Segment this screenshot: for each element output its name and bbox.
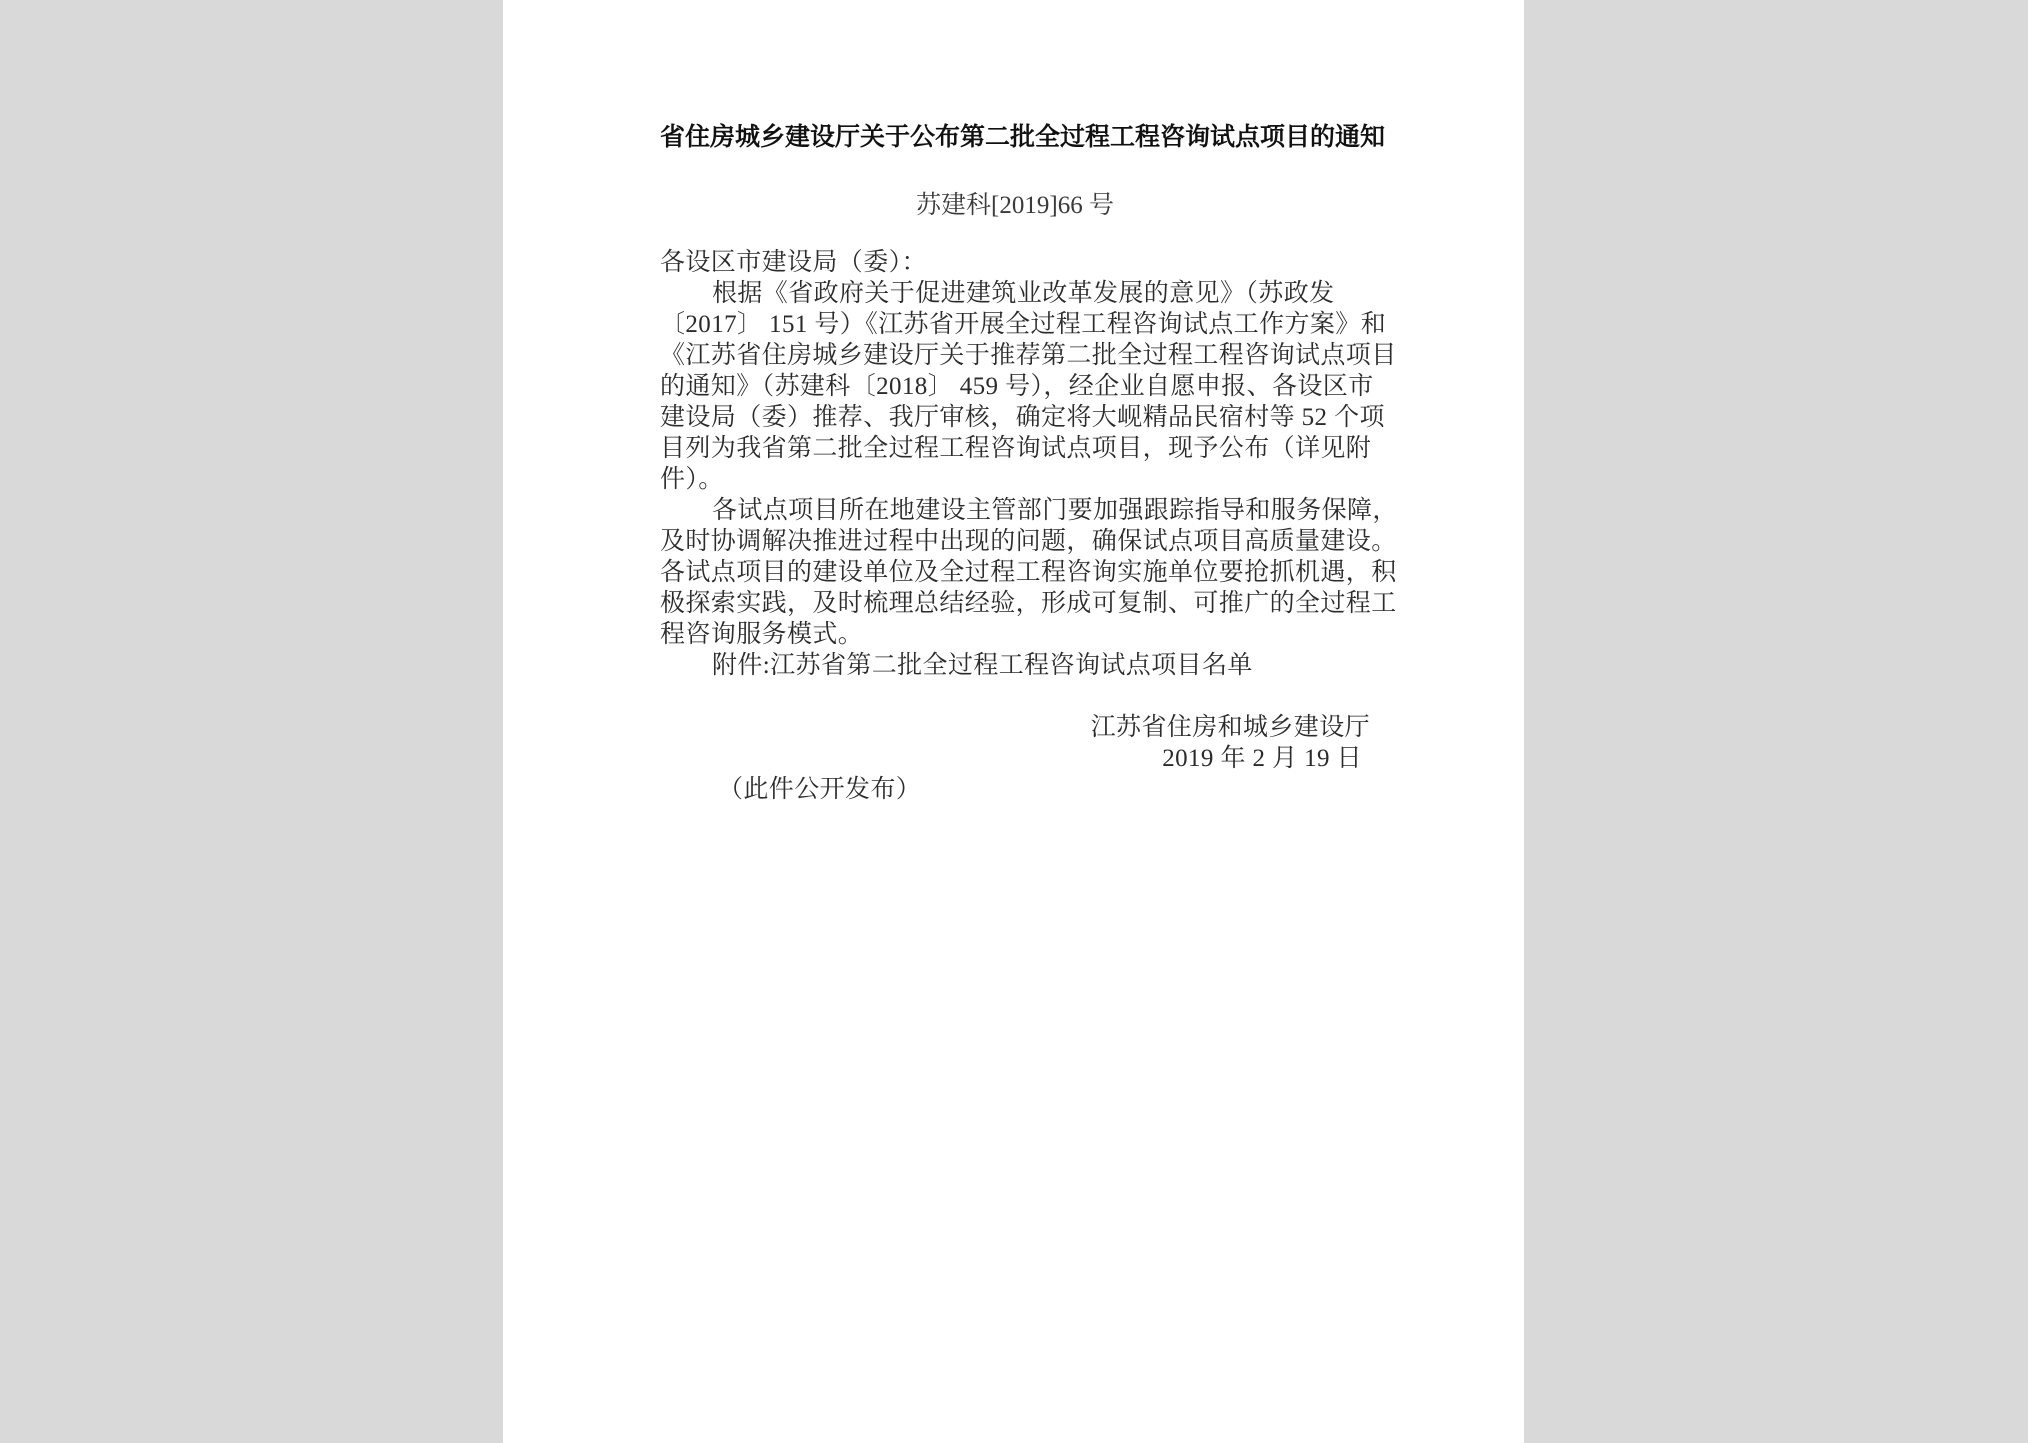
signature-organization: 江苏省住房和城乡建设厅 [660,712,1370,743]
document-number: 苏建科[2019]66 号 [660,191,1370,221]
page-background: 省住房城乡建设厅关于公布第二批全过程工程咨询试点项目的通知 苏建科[2019]6… [0,0,2028,1443]
body-line: 及时协调解决推进过程中出现的问题，确保试点项目高质量建设。 [660,526,1370,557]
body-line: 极探索实践，及时梳理总结经验，形成可复制、可推广的全过程工 [660,588,1370,619]
body-line: 程咨询服务模式。 [660,619,1370,650]
body-line: 各试点项目的建设单位及全过程工程咨询实施单位要抢抓机遇，积 [660,557,1370,588]
body-line: 目列为我省第二批全过程工程咨询试点项目，现予公布（详见附 [660,433,1370,464]
body-line: 件）。 [660,464,1370,495]
body-line-salutation: 各设区市建设局（委）： [660,247,1370,278]
body-line: 的通知》（苏建科〔2018〕 459 号），经企业自愿申报、各设区市 [660,371,1370,402]
document-content: 省住房城乡建设厅关于公布第二批全过程工程咨询试点项目的通知 苏建科[2019]6… [503,0,1524,805]
body-line-attachment: 附件:江苏省第二批全过程工程咨询试点项目名单 [660,650,1370,681]
document-page: 省住房城乡建设厅关于公布第二批全过程工程咨询试点项目的通知 苏建科[2019]6… [503,0,1524,1443]
body-line: 根据《省政府关于促进建筑业改革发展的意见》（苏政发 [660,278,1370,309]
footer-note: （此件公开发布） [660,774,1370,805]
body-line: 各试点项目所在地建设主管部门要加强跟踪指导和服务保障， [660,495,1370,526]
signature-date: 2019 年 2 月 19 日 [660,743,1370,774]
blank-line [660,681,1370,712]
document-body: 各设区市建设局（委）： 根据《省政府关于促进建筑业改革发展的意见》（苏政发 〔2… [660,247,1370,805]
body-line: 〔2017〕 151 号）《江苏省开展全过程工程咨询试点工作方案》和 [660,309,1370,340]
body-line: 建设局（委）推荐、我厅审核，确定将大岘精品民宿村等 52 个项 [660,402,1370,433]
document-title: 省住房城乡建设厅关于公布第二批全过程工程咨询试点项目的通知 [660,121,1370,155]
body-line: 《江苏省住房城乡建设厅关于推荐第二批全过程工程咨询试点项目 [660,340,1370,371]
